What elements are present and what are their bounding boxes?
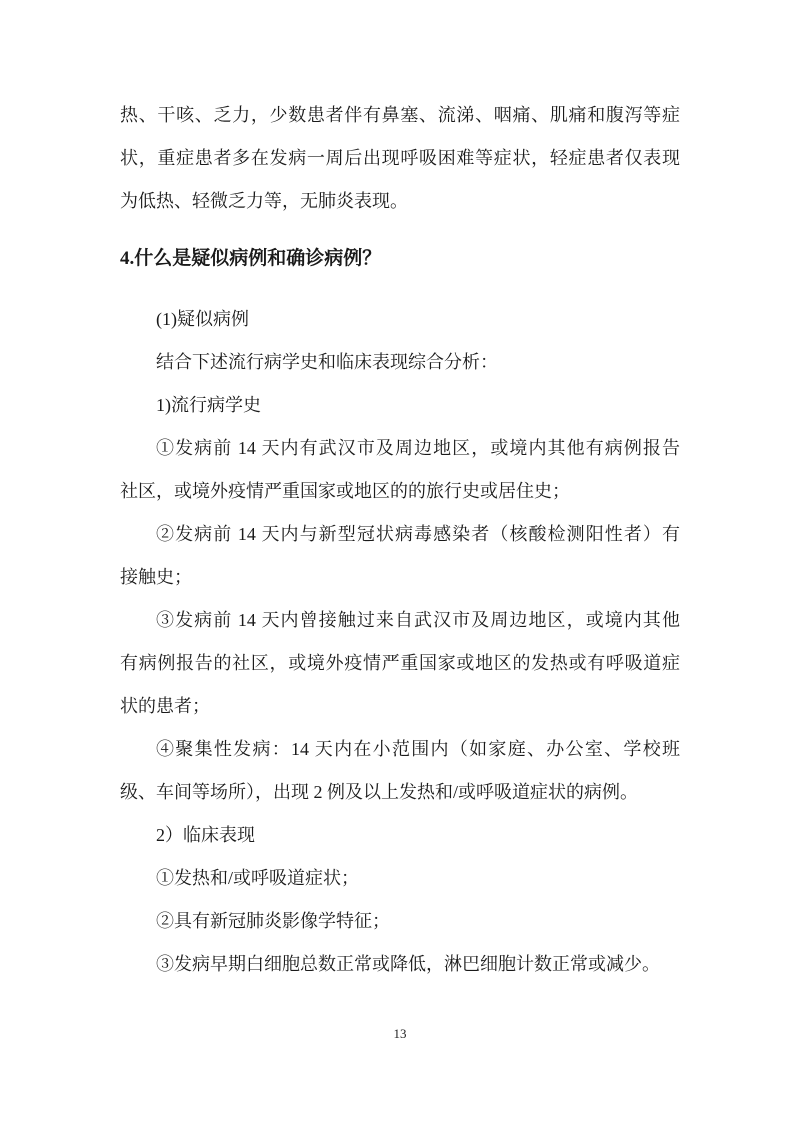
paragraph: ②具有新冠肺炎影像学特征； — [120, 900, 680, 943]
text-line: 状，重症患者多在发病一周后出现呼吸困难等症状，轻症患者仅表现 — [120, 137, 680, 180]
paragraph: ①发热和/或呼吸道症状； — [120, 857, 680, 900]
text-line: 社区，或境外疫情严重国家或地区的的旅行史或居住史； — [120, 470, 680, 513]
paragraph: ④聚集性发病：14 天内在小范围内（如家庭、办公室、学校班级、车间等场所），出现… — [120, 728, 680, 814]
text-line: 接触史； — [120, 556, 680, 599]
text-line: ①发热和/或呼吸道症状； — [120, 857, 680, 900]
text-line: 4.什么是疑似病例和确诊病例？ — [120, 237, 680, 280]
paragraph: 2）临床表现 — [120, 814, 680, 857]
page-number: 13 — [394, 1026, 407, 1041]
paragraph: ②发病前 14 天内与新型冠状病毒感染者（核酸检测阳性者）有接触史； — [120, 513, 680, 599]
text-line: ③发病早期白细胞总数正常或降低，淋巴细胞计数正常或减少。 — [120, 943, 680, 986]
section-heading: 4.什么是疑似病例和确诊病例？ — [120, 237, 680, 280]
paragraph: 结合下述流行病学史和临床表现综合分析： — [120, 341, 680, 384]
paragraph: 1)流行病学史 — [120, 384, 680, 427]
text-line: ④聚集性发病：14 天内在小范围内（如家庭、办公室、学校班 — [120, 728, 680, 771]
paragraph: ③发病前 14 天内曾接触过来自武汉市及周边地区，或境内其他有病例报告的社区，或… — [120, 599, 680, 728]
paragraph: ①发病前 14 天内有武汉市及周边地区，或境内其他有病例报告社区，或境外疫情严重… — [120, 427, 680, 513]
text-line: 1)流行病学史 — [120, 384, 680, 427]
text-line: 状的患者； — [120, 685, 680, 728]
text-line: ②发病前 14 天内与新型冠状病毒感染者（核酸检测阳性者）有 — [120, 513, 680, 556]
paragraph: (1)疑似病例 — [120, 298, 680, 341]
text-line: ①发病前 14 天内有武汉市及周边地区，或境内其他有病例报告 — [120, 427, 680, 470]
text-line: 为低热、轻微乏力等，无肺炎表现。 — [120, 180, 680, 223]
text-line: 结合下述流行病学史和临床表现综合分析： — [120, 341, 680, 384]
text-line: 级、车间等场所），出现 2 例及以上发热和/或呼吸道症状的病例。 — [120, 771, 680, 814]
text-line: (1)疑似病例 — [120, 298, 680, 341]
text-line: 2）临床表现 — [120, 814, 680, 857]
paragraph: 热、干咳、乏力，少数患者伴有鼻塞、流涕、咽痛、肌痛和腹泻等症状，重症患者多在发病… — [120, 94, 680, 223]
paragraph: ③发病早期白细胞总数正常或降低，淋巴细胞计数正常或减少。 — [120, 943, 680, 986]
document-page: 热、干咳、乏力，少数患者伴有鼻塞、流涕、咽痛、肌痛和腹泻等症状，重症患者多在发病… — [0, 0, 800, 1131]
document-content: 热、干咳、乏力，少数患者伴有鼻塞、流涕、咽痛、肌痛和腹泻等症状，重症患者多在发病… — [120, 94, 680, 986]
text-line: ③发病前 14 天内曾接触过来自武汉市及周边地区，或境内其他 — [120, 599, 680, 642]
text-line: 热、干咳、乏力，少数患者伴有鼻塞、流涕、咽痛、肌痛和腹泻等症 — [120, 94, 680, 137]
text-line: 有病例报告的社区，或境外疫情严重国家或地区的发热或有呼吸道症 — [120, 642, 680, 685]
page-footer: 13 — [0, 1026, 800, 1042]
text-line: ②具有新冠肺炎影像学特征； — [120, 900, 680, 943]
